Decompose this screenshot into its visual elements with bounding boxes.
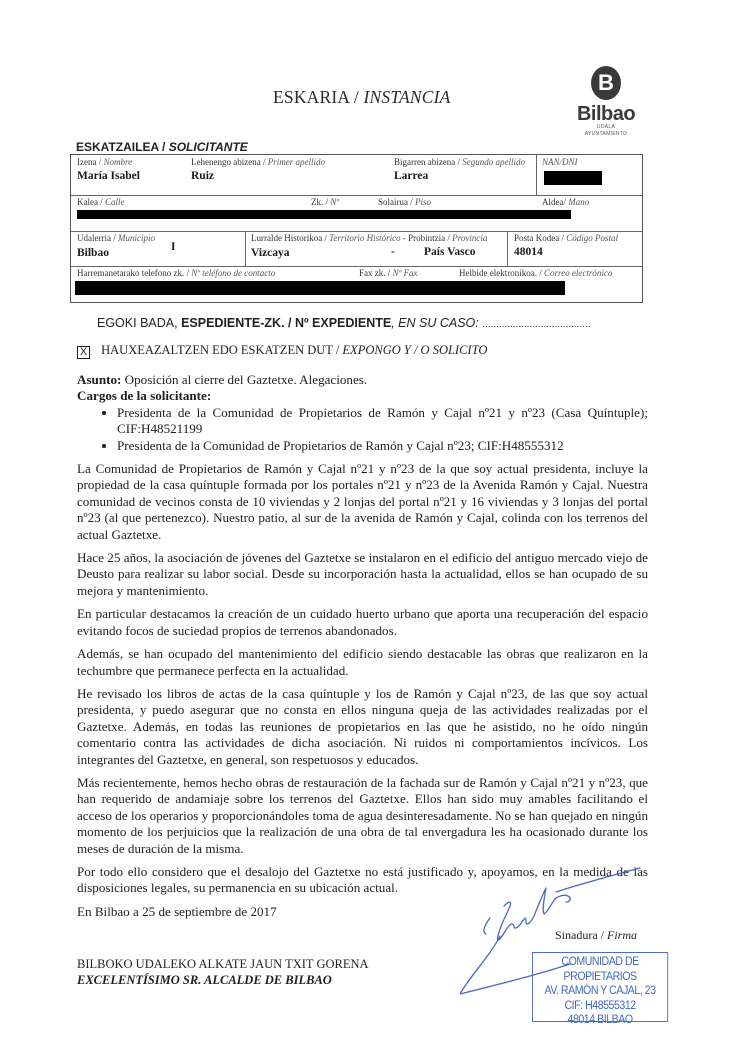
stamp-line: CIF: H48555312 bbox=[533, 999, 667, 1014]
piso-label: Solairua / Piso bbox=[378, 197, 431, 207]
mano-label: Aldea/ Mano bbox=[542, 197, 589, 207]
bilbao-b-logo-icon: B bbox=[591, 66, 621, 100]
primer-apellido-label: Lehenengo abizena / Primer apellido bbox=[191, 157, 325, 167]
bilbao-logo: B Bilbao UDALA AYUNTAMIENTO bbox=[564, 66, 648, 138]
expediente-line: EGOKI BADA, ESPEDIENTE-ZK. / Nº EXPEDIEN… bbox=[97, 316, 591, 330]
recipient-basque: BILBOKO UDALEKO ALKATE JAUN TXIT GORENA bbox=[77, 956, 369, 972]
applicant-form: Izena / Nombre María Isabel Lehenengo ab… bbox=[70, 154, 643, 303]
letter-body: Asunto: Oposición al cierre del Gaztetxe… bbox=[77, 372, 648, 927]
logo-sub-udala: UDALA bbox=[564, 124, 648, 131]
cargos-list: Presidenta de la Comunidad de Propietari… bbox=[77, 405, 648, 454]
municipio-value[interactable]: Bilbao bbox=[77, 247, 109, 259]
paragraph: Además, se han ocupado del mantenimiento… bbox=[77, 646, 648, 679]
recipient-block: BILBOKO UDALEKO ALKATE JAUN TXIT GORENA … bbox=[77, 956, 369, 988]
title-basque: ESKARIA / bbox=[273, 87, 359, 107]
asunto-text: Oposición al cierre del Gaztetxe. Alegac… bbox=[121, 372, 367, 387]
cargo-item: Presidenta de la Comunidad de Propietari… bbox=[117, 405, 648, 438]
form-divider bbox=[71, 195, 642, 196]
expediente-prefix: EGOKI BADA, bbox=[97, 316, 181, 330]
expediente-suffix: , EN SU CASO: bbox=[391, 316, 482, 330]
form-divider bbox=[71, 266, 642, 267]
form-divider bbox=[507, 231, 508, 266]
segundo-apellido-label: Bigarren abizena / Segundo apellido bbox=[394, 157, 525, 167]
address-redacted-value[interactable] bbox=[77, 210, 571, 219]
expongo-option: X HAUXEAZALTZEN EDO ESKATZEN DUT / EXPON… bbox=[77, 343, 487, 359]
municipio-label: Udalerria / Municipio bbox=[77, 233, 155, 243]
calle-label: Kalea / Calle bbox=[77, 197, 124, 207]
paragraph: Hace 25 años, la asociación de jóvenes d… bbox=[77, 550, 648, 599]
numero-label: Zk. / Nº bbox=[311, 197, 339, 207]
stamp-line: AV. RAMÓN Y CAJAL, 23 bbox=[533, 984, 667, 999]
cargos-heading: Cargos de la solicitante: bbox=[77, 388, 648, 404]
territorio-value[interactable]: Vizcaya bbox=[251, 247, 290, 259]
logo-sub-ayuntamiento: AYUNTAMIENTO bbox=[564, 131, 648, 138]
email-label: Helbide elektronikoa. / Correo electróni… bbox=[459, 268, 612, 278]
expongo-checkbox[interactable]: X bbox=[77, 346, 90, 359]
expediente-label: ESPEDIENTE-ZK. / Nº EXPEDIENTE bbox=[181, 316, 391, 330]
territorio-label: Lurralde Historikoa / Territorio Históri… bbox=[251, 233, 487, 243]
expongo-label-basque: HAUXEAZALTZEN EDO ESKATZEN DUT / bbox=[101, 343, 339, 357]
stamp-line: COMUNIDAD DE PROPIETARIOS bbox=[533, 955, 667, 984]
telefono-label: Harremanetarako telefono zk. / Nº teléfo… bbox=[77, 268, 275, 278]
contact-redacted-value[interactable] bbox=[75, 281, 565, 295]
logo-name: Bilbao bbox=[564, 104, 648, 124]
asunto-line: Asunto: Oposición al cierre del Gaztetxe… bbox=[77, 372, 648, 388]
territorio-separator: - bbox=[391, 246, 395, 258]
form-divider bbox=[536, 155, 537, 195]
paragraph: La Comunidad de Propietarios de Ramón y … bbox=[77, 461, 648, 543]
recipient-spanish: EXCELENTÍSIMO SR. ALCALDE DE BILBAO bbox=[77, 972, 369, 988]
stamp-line: 48014 BILBAO bbox=[533, 1013, 667, 1028]
nombre-label: Izena / Nombre bbox=[77, 157, 132, 167]
provincia-value[interactable]: País Vasco bbox=[424, 246, 475, 258]
municipio-mark: I bbox=[171, 241, 175, 253]
asunto-label: Asunto: bbox=[77, 372, 121, 387]
codigo-postal-value[interactable]: 48014 bbox=[514, 246, 543, 258]
dni-redacted-value[interactable] bbox=[544, 171, 602, 185]
firma-label: Sinadura / Firma bbox=[555, 928, 637, 943]
community-stamp: COMUNIDAD DE PROPIETARIOS AV. RAMÓN Y CA… bbox=[532, 952, 668, 1022]
applicant-heading-basque: ESKATZAILEA / bbox=[76, 140, 165, 154]
paragraph: En particular destacamos la creación de … bbox=[77, 606, 648, 639]
nombre-value[interactable]: María Isabel bbox=[77, 170, 140, 182]
codigo-postal-label: Posta Kodea / Código Postal bbox=[514, 233, 618, 243]
paragraph: Más recientemente, hemos hecho obras de … bbox=[77, 775, 648, 857]
expediente-field[interactable]: ....................................... bbox=[482, 319, 590, 330]
applicant-section-heading: ESKATZAILEA / SOLICITANTE bbox=[76, 140, 248, 154]
document-title: ESKARIA / INSTANCIA bbox=[273, 87, 451, 108]
expongo-label-spanish: EXPONGO Y / O SOLICITO bbox=[342, 343, 487, 357]
fax-label: Fax zk. / Nº Fax bbox=[359, 268, 418, 278]
cargo-item: Presidenta de la Comunidad de Propietari… bbox=[117, 438, 648, 454]
applicant-heading-spanish: SOLICITANTE bbox=[169, 140, 248, 154]
form-divider bbox=[245, 231, 246, 266]
form-divider bbox=[71, 231, 642, 232]
segundo-apellido-value[interactable]: Larrea bbox=[394, 170, 428, 182]
primer-apellido-value[interactable]: Ruiz bbox=[191, 170, 214, 182]
dni-label: NAN/DNI bbox=[542, 157, 578, 167]
paragraph: He revisado los libros de actas de la ca… bbox=[77, 686, 648, 768]
title-spanish: INSTANCIA bbox=[364, 87, 451, 107]
